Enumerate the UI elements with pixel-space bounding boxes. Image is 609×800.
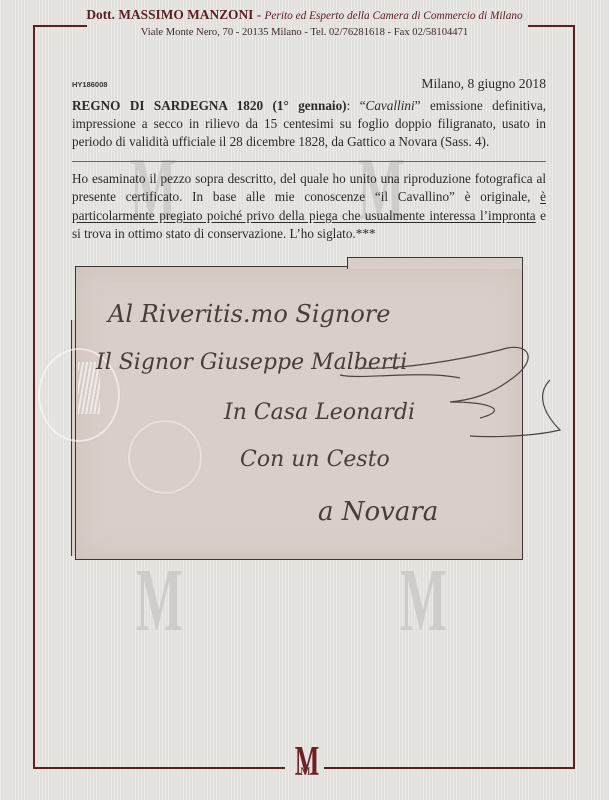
manzoni-logo-icon: M M	[289, 742, 319, 782]
separator-line	[72, 161, 546, 162]
certificate-id: HY186008	[72, 80, 107, 89]
address-line: Al Riveritis.mo Signore	[108, 300, 390, 328]
place-date: Milano, 8 giugno 2018	[421, 76, 546, 92]
frame-bottom-left	[33, 767, 285, 769]
stamp-name: Cavallini	[366, 98, 415, 113]
frame-bottom-right	[324, 767, 575, 769]
expert-address: Viale Monte Nero, 70 - 20135 Milano - Te…	[0, 27, 609, 38]
expert-name: Dott. MASSIMO MANZONI	[86, 7, 253, 22]
embossed-cavallino-icon	[128, 420, 202, 494]
item-description: REGNO DI SARDEGNA 1820 (1° gennaio): “Ca…	[72, 97, 546, 150]
address-line: a Novara	[318, 497, 438, 527]
expert-header: Dott. MASSIMO MANZONI - Perito ed Espert…	[0, 7, 609, 23]
expert-title: Perito ed Esperto della Camera di Commer…	[265, 10, 523, 22]
watermark-m-icon: M	[136, 556, 221, 646]
expert-opinion: Ho esaminato il pezzo sopra descritto, d…	[72, 170, 546, 244]
watermark-m-icon: M	[400, 556, 485, 646]
expert-signature-icon	[340, 340, 580, 450]
envelope-tab	[347, 257, 523, 269]
frame-left	[33, 25, 35, 769]
address-line: Con un Cesto	[240, 447, 390, 472]
description-heading: REGNO DI SARDEGNA 1820 (1° gennaio)	[72, 98, 347, 113]
